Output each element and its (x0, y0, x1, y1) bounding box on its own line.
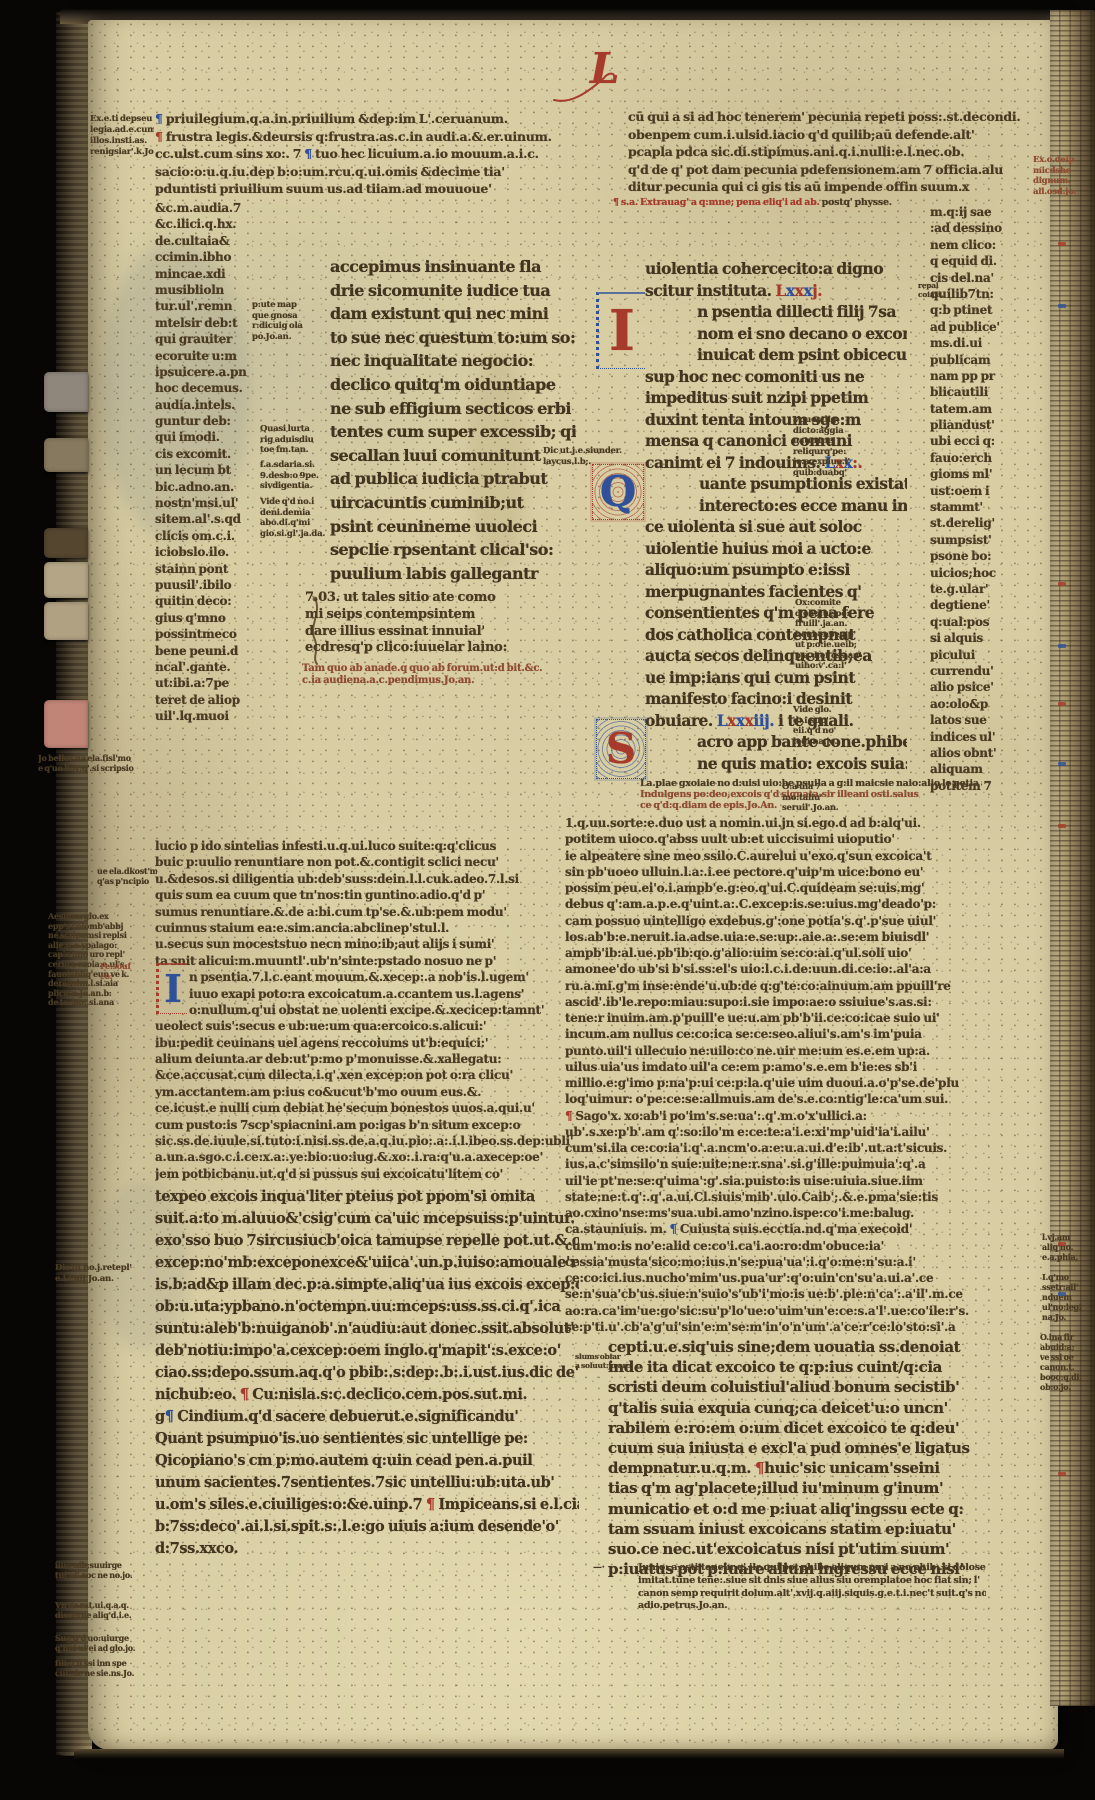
text-line: ditur pecunia qui ci gis tis aū impende … (628, 178, 1040, 196)
margin-note-bottom-left-3: Sug q'd uo:uiurgeq'hui ul'ei ad glo.jo. (55, 1633, 155, 1653)
initial-letter: I (164, 965, 182, 1013)
text-line: ad publica iudicia ptrabut (330, 467, 576, 491)
leaf-tab-marker (44, 528, 88, 558)
text-line: Tam quo ab anade.q quo ab forum.ut:d bit… (302, 663, 578, 675)
text-line: nichub:eo. ¶ Cu:nisla.s:c.declico.cem.po… (155, 1384, 579, 1406)
text-line: un lecum bt (155, 462, 259, 478)
leaf-tab-marker (44, 602, 88, 640)
text-line: sitem.al'.s.qd (155, 511, 259, 527)
text-line: ail.osd.jo. (1033, 187, 1081, 198)
text-line: possim peu.ei'o.i.ampb'e.g:eo.q'ui.C.qui… (565, 880, 1039, 896)
text-line: debus q':am.a.p.e.q'uint.a:.C.excep:is.s… (565, 896, 1039, 912)
text-line: incum.am nullus ce:co:ica se:ce:seo.aliu… (565, 1026, 1039, 1042)
text-line: Sug q'd uo:uiurge (55, 1633, 155, 1643)
text-line: e q'uo lloy;q'.si scripsio (38, 763, 156, 773)
text-line: deb'notiu:impo'a.cexcep:oem inglo.q'mapi… (155, 1340, 579, 1362)
initial-letter: S (606, 720, 636, 778)
text-line: canon semp requirit dolum.alt'.xvij.q.ai… (638, 1588, 986, 1601)
text-line: tur.ul'.remn (155, 298, 259, 314)
text-line: epp's colomb'abbj (48, 922, 152, 932)
text-line: puusil'.ibilo (155, 577, 259, 593)
text-line: degtiene' (930, 597, 1036, 613)
text-line: pcapla pdca sic.di.stipimus.ani.q.i.null… (628, 143, 1040, 161)
text-line: alium deiunta.ar deb:ut'p:mo p'monuisse.… (155, 1051, 577, 1067)
text-line: scitur instituta. Lxxxj. (645, 280, 907, 302)
text-line: &ce.accusat.cum dilecta.i.q'.xen excep:o… (155, 1067, 577, 1083)
text-line: loq'uimur: o'pe:ce:se:allmuis.am de's.e.… (565, 1091, 1039, 1107)
text-line: cū qui a si ad hoc tenerem' pecunia repe… (628, 108, 1040, 126)
text-line: nem clico: (930, 237, 1036, 253)
text-line: ce.icust.e nulli cum debiat he'secum bon… (155, 1100, 577, 1116)
text-line: p.a.d:er css.an' (795, 651, 865, 662)
gloss-lower-right: 1.q.uu.sorte:e.duo ust a nomin.ui.jn si.… (565, 815, 1039, 1335)
text-line: io.a.expiua.l' (793, 457, 859, 468)
text-line: deni.demia (260, 508, 334, 519)
manuscript-photo: L ¶ priuilegium.q.a.in.priuilium &dep:im… (0, 0, 1095, 1800)
gloss-left-column: &c.m.audia.7&c.ilici.q.hx.de.cultaia&cci… (155, 200, 259, 725)
text-line: u.&desos.si diligentia ub:deb'suss:dein.… (155, 871, 577, 887)
text-line: suntu:aleb'b:nuiganob'.n'audiu:aut donec… (155, 1318, 579, 1340)
text-line: hoc decemus. (155, 380, 259, 396)
text-line: sacio:o:u.q.iu.dep b:o:um.rcu.q.ui.omis … (155, 163, 567, 181)
text-line: ob:o.jo. (1040, 1382, 1088, 1392)
text-line: legia.ad.e.cum (90, 125, 154, 136)
text-line: secallan luui comunitunt (330, 444, 576, 468)
gloss-top-right: cū qui a si ad hoc tenerem' pecunia repe… (628, 108, 1040, 196)
fore-edge-ink-fleck (1058, 762, 1066, 766)
text-line: consentientes q'm pena fere (645, 602, 907, 624)
text-line: abo.di.q'mi (260, 518, 334, 529)
text-line: ascid'.ib'le.repo:miau:supo:i.sie impo:a… (565, 994, 1039, 1010)
fore-edge-ink-fleck (1058, 582, 1066, 586)
colored-segment: s.a. Extrauag' a q:mne; pena eliq'i ad a… (621, 197, 820, 208)
text-line: ad publice' (930, 319, 1036, 335)
text-line: ut p:o:ie.ueib; (795, 640, 865, 651)
text-line: Quant psumpuo'is.uo sentientes sic untel… (155, 1428, 579, 1450)
text-line: cum'mo:is no'e:alid ce:co'i.ca'i.ao:ro:d… (565, 1238, 1039, 1254)
text-line: ius.a.c'simsilo'n suie:uite:ne:r.sna'.si… (565, 1156, 1039, 1172)
text-line: duxint tenta intoum sge:m (645, 409, 907, 431)
text-line: ncal'.gante. (155, 659, 259, 675)
text-line: iuuo exapi poto:ra excoicatum.a.ccantem … (155, 986, 577, 1002)
text-line: bene peuni.d (155, 643, 259, 659)
text-line: uil'.lq.muoi (155, 708, 259, 724)
text-line: e.i.l.aij.Jo.an. (55, 1274, 153, 1285)
text-line: buic p:uulio renuntiare non pot.&.contig… (155, 854, 577, 870)
text-line: ut:ibi.a:7pe (155, 675, 259, 691)
text-line: interecto:es ecce manu in (645, 495, 907, 517)
text-line: uiho:v'.ca:l' (795, 661, 865, 672)
text-line: uircacuntis cuminib;ut (330, 491, 576, 515)
text-line: Dic ut no.j.retepl' (55, 1263, 153, 1274)
text-line: ecoruite u:m (155, 348, 259, 364)
text-line: punto.uil'i ullecuio ne:uilo:co ne.uir m… (565, 1043, 1039, 1059)
text-line: cuum sua iniusta e excl'a pud omnes'e li… (608, 1438, 1040, 1458)
colored-segment: x (786, 281, 795, 300)
text-line: illos.insti.as. (90, 136, 154, 147)
colored-segment: x (803, 281, 812, 300)
text-line: ao:olo&p (930, 696, 1036, 712)
text-line: teret de aliop (155, 692, 259, 708)
margin-note-bottom-left-1: illiq nib;suuirgetui.al'.soc ne no.jo. (55, 1560, 155, 1580)
fore-edge-ink-fleck (1058, 644, 1066, 648)
colored-segment: ¶ (426, 1496, 435, 1513)
text-line: lucio p ido sintelias infesti.u.q.ui.luc… (155, 838, 577, 854)
text-line: q'hui ul'ei ad glo.jo. (55, 1643, 155, 1653)
text-line: bic.adno.an. (155, 479, 259, 495)
text-line: mi seips contempsintem (305, 607, 577, 624)
text-line: Dic ut.j.e.siunder. (543, 446, 633, 457)
text-line: sumus renuntiare.&.de a:bi.cum tp'se.&.u… (155, 904, 577, 920)
colored-segment: ce q'd:q.diam de epis.Jo.An. (640, 800, 777, 811)
text-line: O.ina fir (1040, 1332, 1088, 1342)
text-line: ¶ Sago'x. xo:ab'i po'im's.se:ua':.q'.m.o… (565, 1108, 1039, 1124)
text-line: jem potbicbanu.ut.q'd si pussus sui exco… (155, 1166, 577, 1182)
text-line: uilus uia'us imdato uil'a ce:em p:amo's.… (565, 1059, 1039, 1075)
text-line: amonee'do ub'si b'si.ss:el's uio:l.c.i.d… (565, 961, 1039, 977)
text-line: excep:no'mb:exceponexce&'uiica'.un.p.iui… (155, 1252, 579, 1274)
text-line: slums obiar (575, 1352, 635, 1361)
text-line: b:7ss:deco'.ai.l.si.spit.s:.l.e:go uiuis… (155, 1516, 579, 1538)
margin-note-left-1: Jo belloc ua ela.fisl'moe q'uo lloy;q'.s… (38, 753, 156, 773)
text-line: ru.a.mi.g'm inse:ende'u.ub:de q:g'te:co:… (565, 978, 1039, 994)
initial-letter: I (609, 294, 635, 368)
fore-edge-ink-fleck (1058, 702, 1066, 706)
text-line: sic.ss.de.iuule.si.tuto:i.nisi.ss.de.a.q… (155, 1133, 577, 1149)
text-line: ne scripamsi replsi (48, 931, 152, 941)
text-line: psone bo: (930, 548, 1036, 564)
text-line: blicautili (930, 384, 1036, 400)
text-line: ob:u.uta:ypbano.n'octempn.uu:mceps:uss.s… (155, 1296, 579, 1318)
text-line: imitat.tune tene:.siue sit dnis siue ali… (638, 1575, 986, 1588)
text-line: obenpem cum.i.ulsid.iacio q'd quilib;aū … (628, 126, 1040, 144)
colored-segment: ¶ (755, 1459, 764, 1477)
margin-note-bottom-left-2: Vn de rat.ui.q.a.q.discerne aliq'd.i.e. (55, 1600, 155, 1620)
text-line: ve ssi oe (1040, 1352, 1088, 1362)
text-line: a soluut:jo.an. (575, 1361, 635, 1370)
margin-dash-mark: —· (593, 1563, 627, 1573)
text-line: :ad dessino (930, 220, 1036, 236)
page-bottom-edge (74, 1749, 1064, 1759)
text-line: heuben9eq'p' (795, 630, 865, 641)
text-line: 1.q.uu.sorte:e.duo ust a nomin.ui.jn si.… (565, 815, 1039, 831)
text-line: cul'.de ne sie.ns.Jo. (55, 1668, 155, 1678)
text-line: ce uiolenta si sue aut soloc (645, 516, 907, 538)
text-line: p:ute map (252, 300, 324, 311)
text-line: q'as p'ncipio (97, 877, 157, 887)
text-line: 7.03. ut tales sitio ate como (305, 590, 577, 607)
text-line: eii.q'd no' (793, 726, 857, 737)
text-line: cam possuo uintelligo exdebus.g':one pot… (565, 913, 1039, 929)
leaf-tab-marker (44, 372, 88, 412)
margin-note-right-low-1: l.vj.amaliq'no.e.a.phia, (1042, 1232, 1088, 1262)
text-line: que gnosa (252, 311, 324, 322)
text-line: q equid di. (930, 253, 1036, 269)
header-flourish (552, 70, 622, 104)
text-line: Aesimurglo.ex (48, 912, 152, 922)
gloss-bottom: Junio:.a osti.teneur q'.ile qui pot phib… (638, 1562, 986, 1613)
margin-note-intercol-1: p:ute mapque gnosar:dicuig olapo.Jo.an. (252, 300, 324, 342)
fore-edge-ink-fleck (1058, 1292, 1066, 1296)
text-line: obuiare. Lxxxiij. i te gnali. (645, 710, 907, 732)
colored-segment: L (775, 281, 785, 300)
text-line: toe fm.tan. (260, 445, 332, 456)
text-line: sumpsist' (930, 532, 1036, 548)
text-line: illiq nib;suuirge (55, 1560, 155, 1570)
text-line: sup hoc nec comoniti us ne (645, 366, 907, 388)
text-line: m.q:ij sae (930, 204, 1036, 220)
text-line: ampb'ib:al.ue.pb'ib:qo.g'alio:uim se:co:… (565, 945, 1039, 961)
margin-note-bottom-left-4: fili.q'n ssi inn specul'.de ne sie.ns.Jo… (55, 1658, 155, 1678)
margin-note-intercol-4: Vide q'd no.ideni.demiaabo.di.q'migio.si… (260, 497, 334, 539)
text-line: ce:co:ici.ius.nucho'mim'us.pua'ur':q'o:u… (565, 1270, 1039, 1286)
text-line: mtelsir deb:t (155, 315, 259, 331)
initial-letter: Q (600, 465, 637, 519)
text-line: ust:oem i (930, 483, 1036, 499)
text-line: d:7ss.xxco. (155, 1538, 579, 1560)
colored-segment: ¶ (165, 1408, 174, 1425)
text-line: repal (918, 281, 958, 290)
text-line: aliquam (930, 761, 1036, 777)
text-line: renigsiar'.k.Jo.an. (90, 147, 154, 158)
text-line: psint ceunineme uuoleci (330, 515, 576, 539)
text-line: na.Jo. (1042, 1312, 1088, 1322)
text-line: unum sacientes.7sentientes.7sic untelliu… (155, 1472, 579, 1494)
text-line: ue ela.dkost'mo (97, 867, 157, 877)
text-line: Ex.e.ti depseu (90, 114, 154, 125)
text-line: e.a.phia, (1042, 1252, 1088, 1262)
initial-i-chapter: I (596, 292, 645, 369)
text-line: ¶ priuilegium.q.a.in.priuilium &dep:im L… (155, 110, 567, 128)
text-line: tam ssuam iniust excoicans statim ep:iua… (608, 1519, 1040, 1539)
text-line: legi.na.jo. (793, 737, 857, 748)
text-line: abuid:a; (1040, 1342, 1088, 1352)
text-line: cepti.u.e.siq'uis sine;dem uouatia ss.de… (608, 1337, 1040, 1357)
text-line: a.un.a.sgo.c.i.ce:x.a:.ye:bio:uo:iug.&.x… (155, 1149, 577, 1165)
text-line: dicto:aggia (793, 426, 859, 437)
text-line: ibu:pedit ceuinans uel agens reccoiums u… (155, 1035, 577, 1051)
text-line: quib:duabq' (793, 468, 859, 479)
text-line: puulium labis gallegantr (330, 562, 576, 586)
text-line: manifesto facino:i desinit (645, 688, 907, 710)
text-line: mensa q canonici comuni (645, 430, 907, 452)
text-line: cis excomit. (155, 446, 259, 462)
text-line: ¶ s.a. Extrauag' a q:mne; pena eliq'i ad… (613, 197, 973, 209)
text-line: Ox:comite (795, 598, 865, 609)
text-line: rabilem e:ro:em o:um dicet excoico te q:… (608, 1418, 1040, 1438)
text-line: gius q'mno (155, 610, 259, 626)
margin-note-right-tiny: repalcoi.ca. (918, 281, 958, 299)
text-line: to sue nec questum to:um so: (330, 326, 576, 350)
text-line: —· (593, 1563, 627, 1573)
text-line: Ex.o.deip (1033, 155, 1081, 166)
text-line: sepclie rpsentant clical'so: (330, 538, 576, 562)
text-line: is.b:ad&p illam dec.p:a.simpte.aliq'ua i… (155, 1274, 579, 1296)
text-line: micdshe (1033, 166, 1081, 177)
fore-edge-ink-fleck (1058, 242, 1066, 246)
text-line: plicato.Jo.an.b: (48, 989, 152, 999)
text-line: tentes cum super excessib; qio (330, 420, 576, 444)
text-line: Vide q'd no.i (260, 497, 334, 508)
text-line: u.om's siles.e.ciuiliges:o:&e.uinp.7 ¶ I… (155, 1494, 579, 1516)
text-line: tatem.am (930, 401, 1036, 417)
text-line: gioms ml' (930, 466, 1036, 482)
margin-note-inner-right-3: Vide glo.d:.i.sup'eii.q'd no'legi.na.jo. (793, 705, 857, 747)
initial-s-chapter: S (596, 719, 646, 779)
book-gutter-page-stack (56, 12, 92, 1756)
text-line: state:ne:t.q':.q'.a.ui.Cl.siuis'mib'.ulo… (565, 1189, 1039, 1205)
text-line: &c.m.audia.7 (155, 200, 259, 216)
colored-segment: L (717, 711, 727, 730)
text-line: l.vj.am (1042, 1232, 1088, 1242)
text-line: possintmeco (155, 626, 259, 642)
text-line: qui grauiter (155, 331, 259, 347)
colored-segment: iij. (753, 711, 774, 730)
gloss-rubric-line: ¶ s.a. Extrauag' a q:mne; pena eliq'i ad… (613, 197, 973, 209)
text-line: ms.di.ui (930, 335, 1036, 351)
colored-segment: x (795, 281, 804, 300)
leaf-tab-marker (44, 700, 88, 748)
margin-note-left-2: Aesimurglo.exepp's colomb'abbjne scripam… (48, 912, 152, 1008)
text-line: exo'sso buo 7sircusiucb'oica tamupse rep… (155, 1230, 579, 1252)
text-line: texpeo excois inqua'liter pteius pot ppo… (155, 1186, 579, 1208)
leaf-tab-marker (44, 438, 88, 472)
colored-segment: ¶ (565, 1109, 572, 1123)
text-line: ubi ecci q: (930, 433, 1036, 449)
text-line: cc.ulst.cum sins xo:. 7 ¶ tuo hec licuiu… (155, 145, 567, 163)
text-line: clicis om.c.i. (155, 528, 259, 544)
margin-note-inner-right-2: Ox:comiteq'eliq:ue pe:fruill'.ja.an.heub… (795, 598, 865, 672)
text-line: f.a.sdaria.si. (260, 460, 332, 471)
text-line: Quasi lurta (260, 424, 332, 435)
text-line: suo.ce nec.ut'excoicatus nisi pt'utim su… (608, 1539, 1040, 1559)
text-line: ao.cxino'nse:ms'sua.ubi.amo'nzino.ispe:c… (565, 1205, 1039, 1221)
text-line: aucta secos delinquentib;ea (645, 645, 907, 667)
text-line: alios obnt' (930, 745, 1036, 761)
text-line: o:nullum.q'ui obstat ne uolenti excipe.&… (155, 1002, 577, 1018)
text-line: tene:r inuim.am.p'puill'e ue:u.am pb'b'i… (565, 1010, 1039, 1026)
text-line: merpugnantes facientes q' (645, 581, 907, 603)
text-line: q'd de q' pot dam pecunia pdefensionem.a… (628, 161, 1040, 179)
fore-edge-ink-fleck (1058, 304, 1066, 308)
text-line: scristi deum coluistiul'aliud bonum seci… (608, 1377, 1040, 1397)
text-line: municatio et o:d me p:iuat aliq'ingssu e… (608, 1499, 1040, 1519)
text-line: guntur deb: (155, 413, 259, 429)
text-line: discerne aliq'd.i.e. (55, 1610, 155, 1620)
text-line: r:dicuig ola (252, 321, 324, 332)
text-line: alio psice' (930, 679, 1036, 695)
text-line: indices ul' (930, 729, 1036, 745)
text-line: aliquo:um psumpto e:issi (645, 559, 907, 581)
text-line: q'talis suia exquia cunq;ca deicet'u:o u… (608, 1398, 1040, 1418)
text-line: gio.si.gl'.ja.da. (260, 529, 334, 540)
main-column-1-sub: 7.03. ut tales sitio ate comomi seips co… (305, 590, 577, 657)
text-line: n psentia dillecti filij 7sa (645, 301, 907, 323)
text-line: fauo:erch (930, 450, 1036, 466)
text-line: nec inqualitate negocio: (330, 349, 576, 373)
text-line: los.ab'b:e.neruit.ia.adse.uia:e.se:up:.a… (565, 929, 1039, 945)
margin-note-top-left: Ex.e.ti depseulegia.ad.e.cumillos.insti.… (90, 114, 154, 158)
text-line: impeditus suit nzipi ppetim (645, 387, 907, 409)
text-line: ¶ frustra legis.&deursis q:frustra.as.c.… (155, 128, 567, 146)
colored-segment: ¶ (155, 129, 166, 144)
text-line: nam pp pr (930, 368, 1036, 384)
margin-note-intercol-3: f.a.sdaria.si.9.desb:o 9pe.sivdigentia. (260, 460, 332, 492)
fore-edge-ink-fleck (1058, 1242, 1066, 1246)
text-line: iciobslo.ilo. (155, 544, 259, 560)
text-line: adio.petrus.Jo.an. (638, 1600, 986, 1613)
main-column-2: uiolentia cohercecito:a dignoscitur inst… (645, 258, 907, 774)
text-line: de.cultaia& (155, 233, 259, 249)
text-line: ueolect suis':secus e ub:ue:um qua:ercoi… (155, 1018, 577, 1034)
margin-note-inner-right-4: O:a uia 7mo:taliu'seruil'.Jo.an. (782, 782, 848, 814)
text-line: alie.q.o.ypalago: (48, 941, 152, 951)
fore-edge-ink-fleck (1058, 824, 1066, 828)
initial-i-gloss: I (156, 963, 187, 1014)
text-line: dare illius essinat innuial' (305, 624, 577, 641)
text-line: picului (930, 647, 1036, 663)
colored-segment: ¶ (613, 197, 621, 208)
text-line: po.Jo.an. (252, 332, 324, 343)
text-line: booo:q.di. (1040, 1372, 1088, 1382)
margin-note-bottom-mid: slums obiara soluut:jo.an. (575, 1352, 635, 1370)
text-line: pduntisti priuilium suum us.ad tiiam.ad … (155, 180, 567, 198)
text-line: coi.ca. (918, 290, 958, 299)
text-line: Jo belloc ua ela.fisl'mo (38, 753, 156, 763)
text-line: co: (100, 972, 144, 982)
text-line: dignum. (1033, 176, 1081, 187)
text-line: ne quis matio: excois suia: (645, 753, 907, 775)
text-line: currendu' (930, 663, 1036, 679)
colored-segment: ¶ (304, 146, 315, 161)
text-line: millio.e:g'imo p:na'p:ui ce:p:la.q'uie u… (565, 1075, 1039, 1091)
text-line: Vquostlig: (793, 415, 859, 426)
text-line: pliandust' (930, 417, 1036, 433)
text-line: dempnatur.u.q.m. ¶huic'sic unicam'sseini (608, 1458, 1040, 1478)
text-line: Vide glo. (793, 705, 857, 716)
text-line: quitin deco: (155, 593, 259, 609)
text-line: ao:ra.ca'im'ue:go'sic:su'p'lo'ue:o'uim'u… (565, 1303, 1039, 1319)
margin-note-left-4: Fe:soufco: (100, 962, 144, 981)
text-line: rig aduisdiu (260, 435, 332, 446)
text-line: I.q'mo (1042, 1272, 1088, 1282)
text-line: d:.i.sup' (793, 716, 857, 727)
text-line: inuicat dem psint obicecu: (645, 344, 907, 366)
text-line: sivdigentia. (260, 481, 332, 492)
text-line: ym.acctantem.am p:ius co&ucut'b'mo ouum … (155, 1084, 577, 1100)
text-line: 9.desb:o 9pe. (260, 471, 332, 482)
text-line: accepimus insinuante fla (330, 255, 576, 279)
colored-segment: x (736, 711, 745, 730)
text-line: ssetr:ail' (1042, 1282, 1088, 1292)
text-line: fili.q'n ssi inn spe (55, 1658, 155, 1668)
colored-segment: ¶ (670, 1222, 677, 1236)
text-line: se:p'ti.u'.cb'a'g'ui'sin'e:m'se:m'in'o'n… (565, 1319, 1039, 1335)
text-line: drie sicomunite iudice tua (330, 279, 576, 303)
text-line: cum pusto:is 7scp'spiacnini.am po:igas b… (155, 1117, 577, 1133)
margin-note-right-low-2: I.q'mossetr:ail'nduemul'no:legina.Jo. (1042, 1272, 1088, 1322)
text-line: dam existunt qui nec mini (330, 302, 576, 326)
fore-edge-ink-fleck (1058, 1472, 1066, 1476)
main-column-1: accepimus insinuante fladrie sicomunite … (330, 255, 576, 585)
margin-note-inner-right-1: Vquostlig:dicto:aggiauaturtne'reliqurq'p… (793, 415, 859, 478)
text-line: c.ia audiena.a.c.pendimus.Jo.an. (302, 675, 578, 687)
text-line: quis sum ea cuum que tn'nos:tin guntino.… (155, 887, 577, 903)
text-line: musiblioln (155, 282, 259, 298)
text-line: stainn pont (155, 561, 259, 577)
text-line: q:b ptinet (930, 302, 1036, 318)
text-line: de to:lao:.si.ana (48, 998, 152, 1008)
